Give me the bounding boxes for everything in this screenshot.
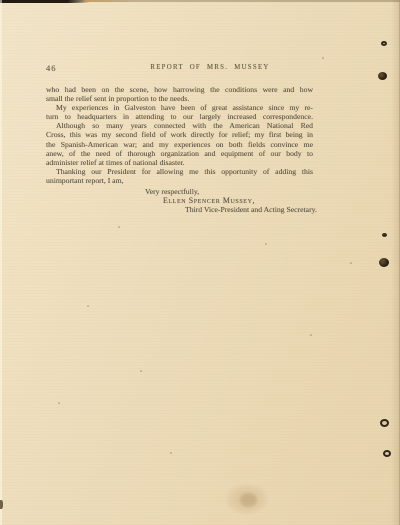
scanned-book-page: 46 REPORT OF MRS. MUSSEY who had been on…	[0, 0, 400, 525]
paper-speck	[87, 305, 89, 307]
body-text-line: Cross, this was my second field of work …	[46, 130, 313, 139]
closing-salutation: Very respectfully,	[145, 187, 199, 196]
paper-speck	[310, 334, 312, 336]
body-text-line: anew, of the need of thorough organizati…	[46, 149, 313, 158]
running-header: REPORT OF MRS. MUSSEY	[130, 64, 290, 71]
body-text-line: administer relief at times of national d…	[46, 158, 313, 167]
body-text-line: who had been on the scene, how harrowing…	[46, 85, 313, 94]
paper-speck	[140, 370, 142, 372]
bottom-left-edge-mark	[0, 500, 3, 509]
paper-speck	[58, 402, 60, 404]
body-text-line: My experiences in Galveston have been of…	[46, 103, 313, 112]
paper-speck	[118, 226, 120, 228]
binding-hole-mark	[378, 72, 387, 80]
page-top-edge-gold-segment	[84, 0, 136, 2]
signature-name: Ellen Spencer Mussey,	[163, 196, 255, 205]
body-text-line: turn to headquarters in attending to our…	[46, 112, 313, 121]
body-text-line: Thanking our President for allowing me t…	[46, 167, 313, 176]
binding-hole-mark	[380, 419, 389, 427]
body-text-line: Although so many years connected with th…	[46, 121, 313, 130]
body-text-line: unimportant report, I am,	[46, 176, 313, 185]
binding-hole-mark	[379, 258, 389, 267]
body-text-line: the Spanish-American war; and my experie…	[46, 140, 313, 149]
paper-speck	[170, 452, 172, 454]
page-number: 46	[46, 63, 57, 73]
binding-hole-mark	[383, 450, 391, 457]
body-text: who had been on the scene, how harrowing…	[46, 85, 313, 185]
paper-speck	[322, 57, 324, 59]
page-left-edge	[0, 0, 2, 525]
binding-hole-mark	[381, 41, 387, 46]
binding-hole-mark	[382, 233, 387, 237]
body-text-line: small the relief sent in proportion to t…	[46, 94, 313, 103]
paper-speck	[350, 262, 352, 264]
paper-speck	[265, 243, 267, 245]
signature-title: Third Vice-President and Acting Secretar…	[185, 205, 317, 214]
page-top-edge-dark-segment	[0, 0, 90, 3]
